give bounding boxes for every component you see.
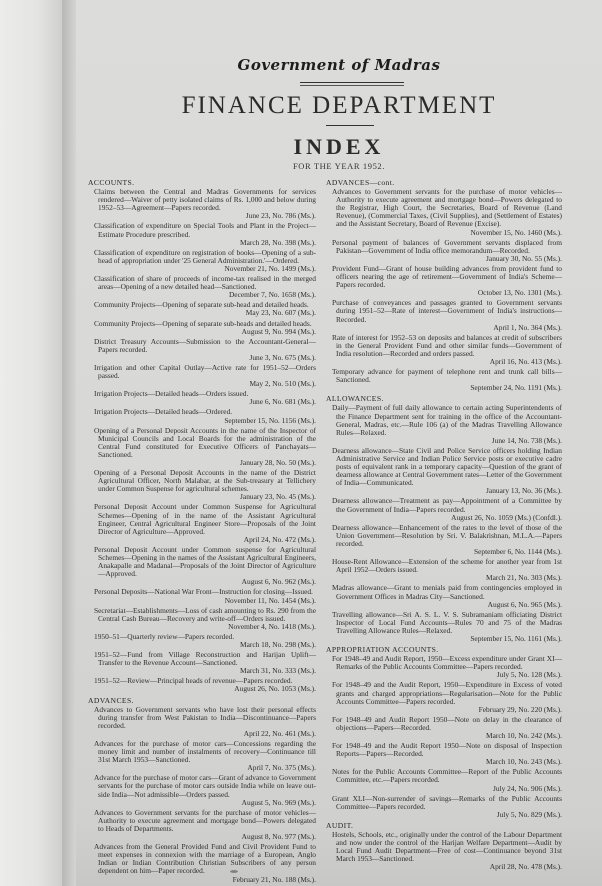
entry-text: Classification of share of proceeds of i…	[88, 275, 316, 291]
entry-reference: August 26, No. 1059 (Ms.) (Confdl.).	[326, 514, 562, 522]
entry-reference: February 21, No. 188 (Ms.).	[88, 876, 316, 884]
entry-reference: August 8, No. 977 (Ms.).	[88, 833, 316, 841]
entry-reference: January 23, No. 45 (Ms.).	[88, 493, 316, 501]
index-entry: Personal Deposit Account under Common Su…	[88, 503, 316, 543]
entry-text: Advances to Government servants for the …	[88, 809, 316, 833]
index-entry: Advance for the purchase of motor cars—G…	[88, 774, 316, 806]
entry-text: Secretariat—Establishments—Loss of cash …	[88, 607, 316, 623]
entry-text: Classification of expenditure on Special…	[88, 222, 316, 238]
index-entry: 1950–51—Quarterly review—Papers recorded…	[88, 633, 316, 649]
index-entry: Provident Fund—Grant of house building a…	[326, 265, 562, 297]
index-entry: For 1948–49 and the Audit Report 1950—No…	[326, 742, 562, 766]
index-entry: Secretariat—Establishments—Loss of cash …	[88, 607, 316, 631]
entry-text: Dearness allowance—Enhancement of the ra…	[326, 524, 562, 548]
entry-reference: August 6, No. 965 (Ms.).	[326, 601, 562, 609]
section-heading: ALLOWANCES.	[326, 395, 562, 403]
entry-text: Rate of interest for 1952–53 on deposits…	[326, 334, 562, 358]
index-entry: Purchase of conveyances and passages gra…	[326, 299, 562, 331]
entry-text: Provident Fund—Grant of house building a…	[326, 265, 562, 289]
section-heading: AUDIT.	[326, 822, 562, 830]
entry-reference: March 21, No. 303 (Ms.).	[326, 574, 562, 582]
entry-reference: November 21, No. 1499 (Ms.).	[88, 265, 316, 273]
entry-text: Travelling allowance—Sri A. S. L. V. S. …	[326, 611, 562, 635]
entry-reference: May 2, No. 510 (Ms.).	[88, 380, 316, 388]
index-entry: Madras allowance—Grant to menials paid f…	[326, 584, 562, 608]
right-column: ADVANCES—cont.Advances to Government ser…	[326, 176, 562, 874]
entry-reference: July 5, No. 829 (Ms.).	[326, 811, 562, 819]
entry-text: Madras allowance—Grant to menials paid f…	[326, 584, 562, 600]
entry-reference: April 16, No. 413 (Ms.).	[326, 358, 562, 366]
index-entry: House-Rent Allowance—Extension of the sc…	[326, 558, 562, 582]
entry-text: Daily—Payment of full daily allowance to…	[326, 404, 562, 436]
index-entry: Travelling allowance—Sri A. S. L. V. S. …	[326, 611, 562, 643]
entry-text: Advances to Government servants who have…	[88, 706, 316, 730]
index-entry: 1951–52—Review—Principal heads of revenu…	[88, 677, 316, 693]
entry-text: Purchase of conveyances and passages gra…	[326, 299, 562, 323]
index-entry: Advances to Government servants for the …	[326, 188, 562, 237]
index-entry: Community Projects—Opening of separate s…	[88, 320, 316, 336]
section-heading: ADVANCES.	[88, 697, 316, 705]
index-entry: Irrigation and other Capital Outlay—Acti…	[88, 364, 316, 388]
section-heading: ADVANCES—cont.	[326, 179, 562, 187]
entry-text: Personal Deposit Account under Common Su…	[88, 503, 316, 535]
scan-left-margin	[0, 0, 62, 886]
entry-text: Personal payment of balances of Governme…	[326, 239, 562, 255]
entry-reference: June 14, No. 738 (Ms.).	[326, 437, 562, 445]
entry-text: House-Rent Allowance—Extension of the sc…	[326, 558, 562, 574]
index-entry: Advances for the purchase of motor cars—…	[88, 740, 316, 772]
entry-reference: September 6, No. 1144 (Ms.).	[326, 548, 562, 556]
double-rule-divider	[300, 82, 404, 86]
entry-reference: April 7, No. 375 (Ms.).	[88, 764, 316, 772]
index-entry: Temporary advance for payment of telepho…	[326, 368, 562, 392]
index-entry: Opening of a Personal Deposit Accounts i…	[88, 469, 316, 501]
entry-reference: April 1, No. 364 (Ms.).	[326, 324, 562, 332]
entry-reference: April 28, No. 478 (Ms.).	[326, 863, 562, 871]
year-line: FOR THE YEAR 1952.	[76, 161, 602, 171]
entry-text: Opening of a Personal Deposit Accounts i…	[88, 469, 316, 493]
entry-reference: March 10, No. 243 (Ms.).	[326, 758, 562, 766]
index-entry: For 1948–49 and Audit Report 1950—Note o…	[326, 716, 562, 740]
index-entry: Dearness allowance—Treatment as pay—Appo…	[326, 497, 562, 521]
entry-reference: June 23, No. 786 (Ms.).	[88, 212, 316, 220]
entry-reference: July 24, No. 906 (Ms.).	[326, 785, 562, 793]
section-heading: ACCOUNTS.	[88, 179, 316, 187]
entry-text: Notes for the Public Accounts Committee—…	[326, 768, 562, 784]
index-entry: Notes for the Public Accounts Committee—…	[326, 768, 562, 792]
entry-reference: June 6, No. 681 (Ms.).	[88, 398, 316, 406]
index-entry: Daily—Payment of full daily allowance to…	[326, 404, 562, 444]
index-entry: Advances to Government servants for the …	[88, 809, 316, 841]
entry-reference: September 15, No. 1161 (Ms.).	[326, 635, 562, 643]
index-entry: Personal payment of balances of Governme…	[326, 239, 562, 263]
index-entry: Personal Deposits—National War Front—Ins…	[88, 588, 316, 604]
entry-text: Irrigation and other Capital Outlay—Acti…	[88, 364, 316, 380]
left-column: ACCOUNTS.Claims between the Central and …	[88, 176, 316, 886]
entry-text: Dearness allowance—Treatment as pay—Appo…	[326, 497, 562, 513]
index-entry: District Treasury Accounts—Submission to…	[88, 338, 316, 362]
index-entry: Irrigation Projects—Detailed heads—Order…	[88, 408, 316, 424]
department-title: FINANCE DEPARTMENT	[76, 92, 602, 120]
entry-reference: March 10, No. 242 (Ms.).	[326, 732, 562, 740]
entry-text: For 1948–49 and Audit Report 1950—Note o…	[326, 716, 562, 732]
entry-text: Dearness allowance—State Civil and Polic…	[326, 447, 562, 487]
index-entry: 1951–52—Fund from Village Reconstruction…	[88, 651, 316, 675]
index-entry: Irrigation Projects—Detailed heads—Order…	[88, 390, 316, 406]
index-entry: For 1948–49 and Audit Report, 1950—Exces…	[326, 655, 562, 679]
index-entry: Advances from the General Provided Fund …	[88, 843, 316, 883]
entry-text: 1951–52—Fund from Village Reconstruction…	[88, 651, 316, 667]
entry-reference: August 9, No. 994 (Ms.).	[88, 328, 316, 336]
entry-reference: March 18, No. 298 (Ms.).	[88, 641, 316, 649]
index-entry: Personal Deposit Account under Common su…	[88, 546, 316, 586]
index-entry: Rate of interest for 1952–53 on deposits…	[326, 334, 562, 366]
index-entry: For 1948–49 and the Audit Report, 1950—E…	[326, 681, 562, 713]
entry-reference: May 23, No. 607 (Ms.).	[88, 309, 316, 317]
entry-text: Advances from the General Provided Fund …	[88, 843, 316, 875]
entry-reference: August 6, No. 962 (Ms.).	[88, 578, 316, 586]
entry-reference: November 4, No. 1418 (Ms.).	[88, 623, 316, 631]
index-entry: Dearness allowance—Enhancement of the ra…	[326, 524, 562, 556]
entry-text: For 1948–49 and Audit Report, 1950—Exces…	[326, 655, 562, 671]
entry-text: Classification of expenditure on registr…	[88, 249, 316, 265]
entry-reference: June 3, No. 675 (Ms.).	[88, 354, 316, 362]
book-spine-shadow	[62, 0, 76, 886]
entry-reference: January 30, No. 55 (Ms.).	[326, 255, 562, 263]
index-entry: Advances to Government servants who have…	[88, 706, 316, 738]
entry-text: Advances to Government servants for the …	[326, 188, 562, 228]
entry-reference: December 7, No. 1658 (Ms.).	[88, 291, 316, 299]
entry-text: For 1948–49 and the Audit Report 1950—No…	[326, 742, 562, 758]
entry-reference: September 24, No. 1191 (Ms.).	[326, 384, 562, 392]
index-entry: Claims between the Central and Madras Go…	[88, 188, 316, 220]
entry-reference: November 11, No. 1454 (Ms.).	[88, 597, 316, 605]
entry-text: Hostels, Schools, etc., originally under…	[326, 831, 562, 863]
entry-text: Advances for the purchase of motor cars—…	[88, 740, 316, 764]
index-entry: Grant XLI—Non-surrender of savings—Remar…	[326, 795, 562, 819]
entry-reference: March 31, No. 333 (Ms.).	[88, 667, 316, 675]
index-entry: Opening of a Personal Deposit Accounts i…	[88, 427, 316, 467]
entry-reference: July 5, No. 128 (Ms.).	[326, 671, 562, 679]
index-entry: Classification of expenditure on Special…	[88, 222, 316, 246]
entry-text: Claims between the Central and Madras Go…	[88, 188, 316, 212]
entry-text: Personal Deposit Account under Common su…	[88, 546, 316, 578]
entry-text: Opening of a Personal Deposit Accounts i…	[88, 427, 316, 459]
section-heading: APPROPRIATION ACCOUNTS.	[326, 646, 562, 654]
entry-reference: April 22, No. 461 (Ms.).	[88, 730, 316, 738]
entry-reference: March 28, No. 398 (Ms.).	[88, 239, 316, 247]
entry-reference: October 13, No. 1301 (Ms.).	[326, 289, 562, 297]
entry-reference: September 15, No. 1156 (Ms.).	[88, 417, 316, 425]
index-entry: Hostels, Schools, etc., originally under…	[326, 831, 562, 871]
entry-text: Grant XLI—Non-surrender of savings—Remar…	[326, 795, 562, 811]
ink-smudge	[230, 870, 238, 873]
entry-reference: January 28, No. 50 (Ms.).	[88, 459, 316, 467]
entry-reference: April 24, No. 472 (Ms.).	[88, 536, 316, 544]
rule-divider	[326, 125, 374, 126]
index-entry: Classification of share of proceeds of i…	[88, 275, 316, 299]
entry-text: Temporary advance for payment of telepho…	[326, 368, 562, 384]
index-entry: Classification of expenditure on registr…	[88, 249, 316, 273]
entry-reference: August 5, No. 969 (Ms.).	[88, 799, 316, 807]
entry-reference: August 26, No. 1053 (Ms.).	[88, 685, 316, 693]
entry-reference: January 13, No. 36 (Ms.).	[326, 487, 562, 495]
entry-reference: November 15, No. 1460 (Ms.).	[326, 229, 562, 237]
index-entry: Dearness allowance—State Civil and Polic…	[326, 447, 562, 496]
entry-text: Advance for the purchase of motor cars—G…	[88, 774, 316, 798]
government-title: Government of Madras	[76, 56, 602, 74]
entry-text: District Treasury Accounts—Submission to…	[88, 338, 316, 354]
entry-reference: February 29, No. 220 (Ms.).	[326, 706, 562, 714]
index-entry: Community Projects—Opening of separate s…	[88, 301, 316, 317]
index-title: INDEX	[76, 134, 602, 160]
entry-text: For 1948–49 and the Audit Report, 1950—E…	[326, 681, 562, 705]
